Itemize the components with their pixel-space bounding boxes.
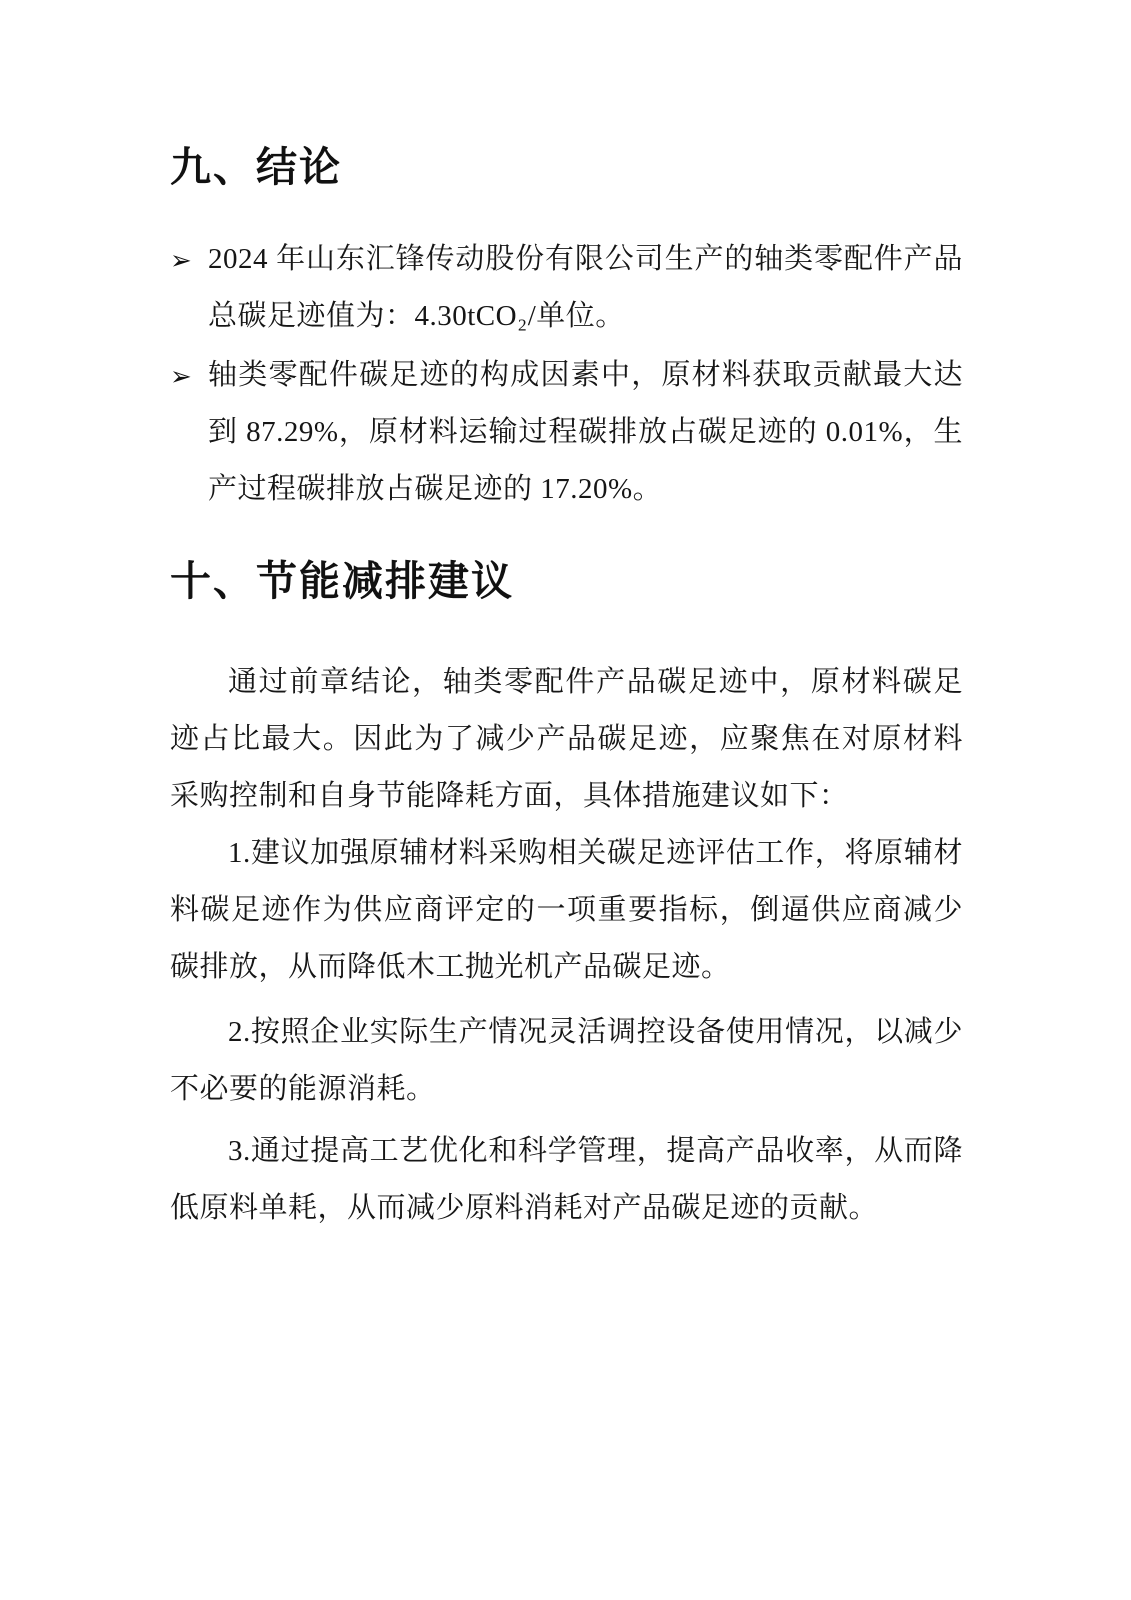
paragraph-suggestion-1: 1.建议加强原辅材料采购相关碳足迹评估工作，将原辅材料碳足迹作为供应商评定的一项… xyxy=(170,825,963,996)
conclusion-bullet-item: ➢ 2024 年山东汇锋传动股份有限公司生产的轴类零配件产品总碳足迹值为：4.3… xyxy=(170,231,963,345)
paragraph-intro: 通过前章结论，轴类零配件产品碳足迹中，原材料碳足迹占比最大。因此为了减少产品碳足… xyxy=(170,654,963,825)
arrow-bullet-icon: ➢ xyxy=(170,232,192,289)
conclusion-bullet-text: 2024 年山东汇锋传动股份有限公司生产的轴类零配件产品总碳足迹值为：4.30t… xyxy=(208,243,963,332)
suggestions-body: 通过前章结论，轴类零配件产品碳足迹中，原材料碳足迹占比最大。因此为了减少产品碳足… xyxy=(170,654,963,1237)
conclusion-bullet-text: 轴类零配件碳足迹的构成因素中，原材料获取贡献最大达到 87.29%，原材料运输过… xyxy=(208,359,963,505)
conclusion-bullet-list: ➢ 2024 年山东汇锋传动股份有限公司生产的轴类零配件产品总碳足迹值为：4.3… xyxy=(170,231,963,518)
document-page: 九、结论 ➢ 2024 年山东汇锋传动股份有限公司生产的轴类零配件产品总碳足迹值… xyxy=(0,0,1131,1600)
arrow-bullet-icon: ➢ xyxy=(170,348,192,405)
paragraph-suggestion-3: 3.通过提高工艺优化和科学管理，提高产品收率，从而降低原料单耗，从而减少原料消耗… xyxy=(170,1123,963,1237)
conclusion-bullet-item: ➢ 轴类零配件碳足迹的构成因素中，原材料获取贡献最大达到 87.29%，原材料运… xyxy=(170,347,963,518)
section-9-heading: 九、结论 xyxy=(170,140,963,195)
section-10-heading: 十、节能减排建议 xyxy=(170,554,963,609)
paragraph-suggestion-2: 2.按照企业实际生产情况灵活调控设备使用情况，以减少不必要的能源消耗。 xyxy=(170,1004,963,1118)
